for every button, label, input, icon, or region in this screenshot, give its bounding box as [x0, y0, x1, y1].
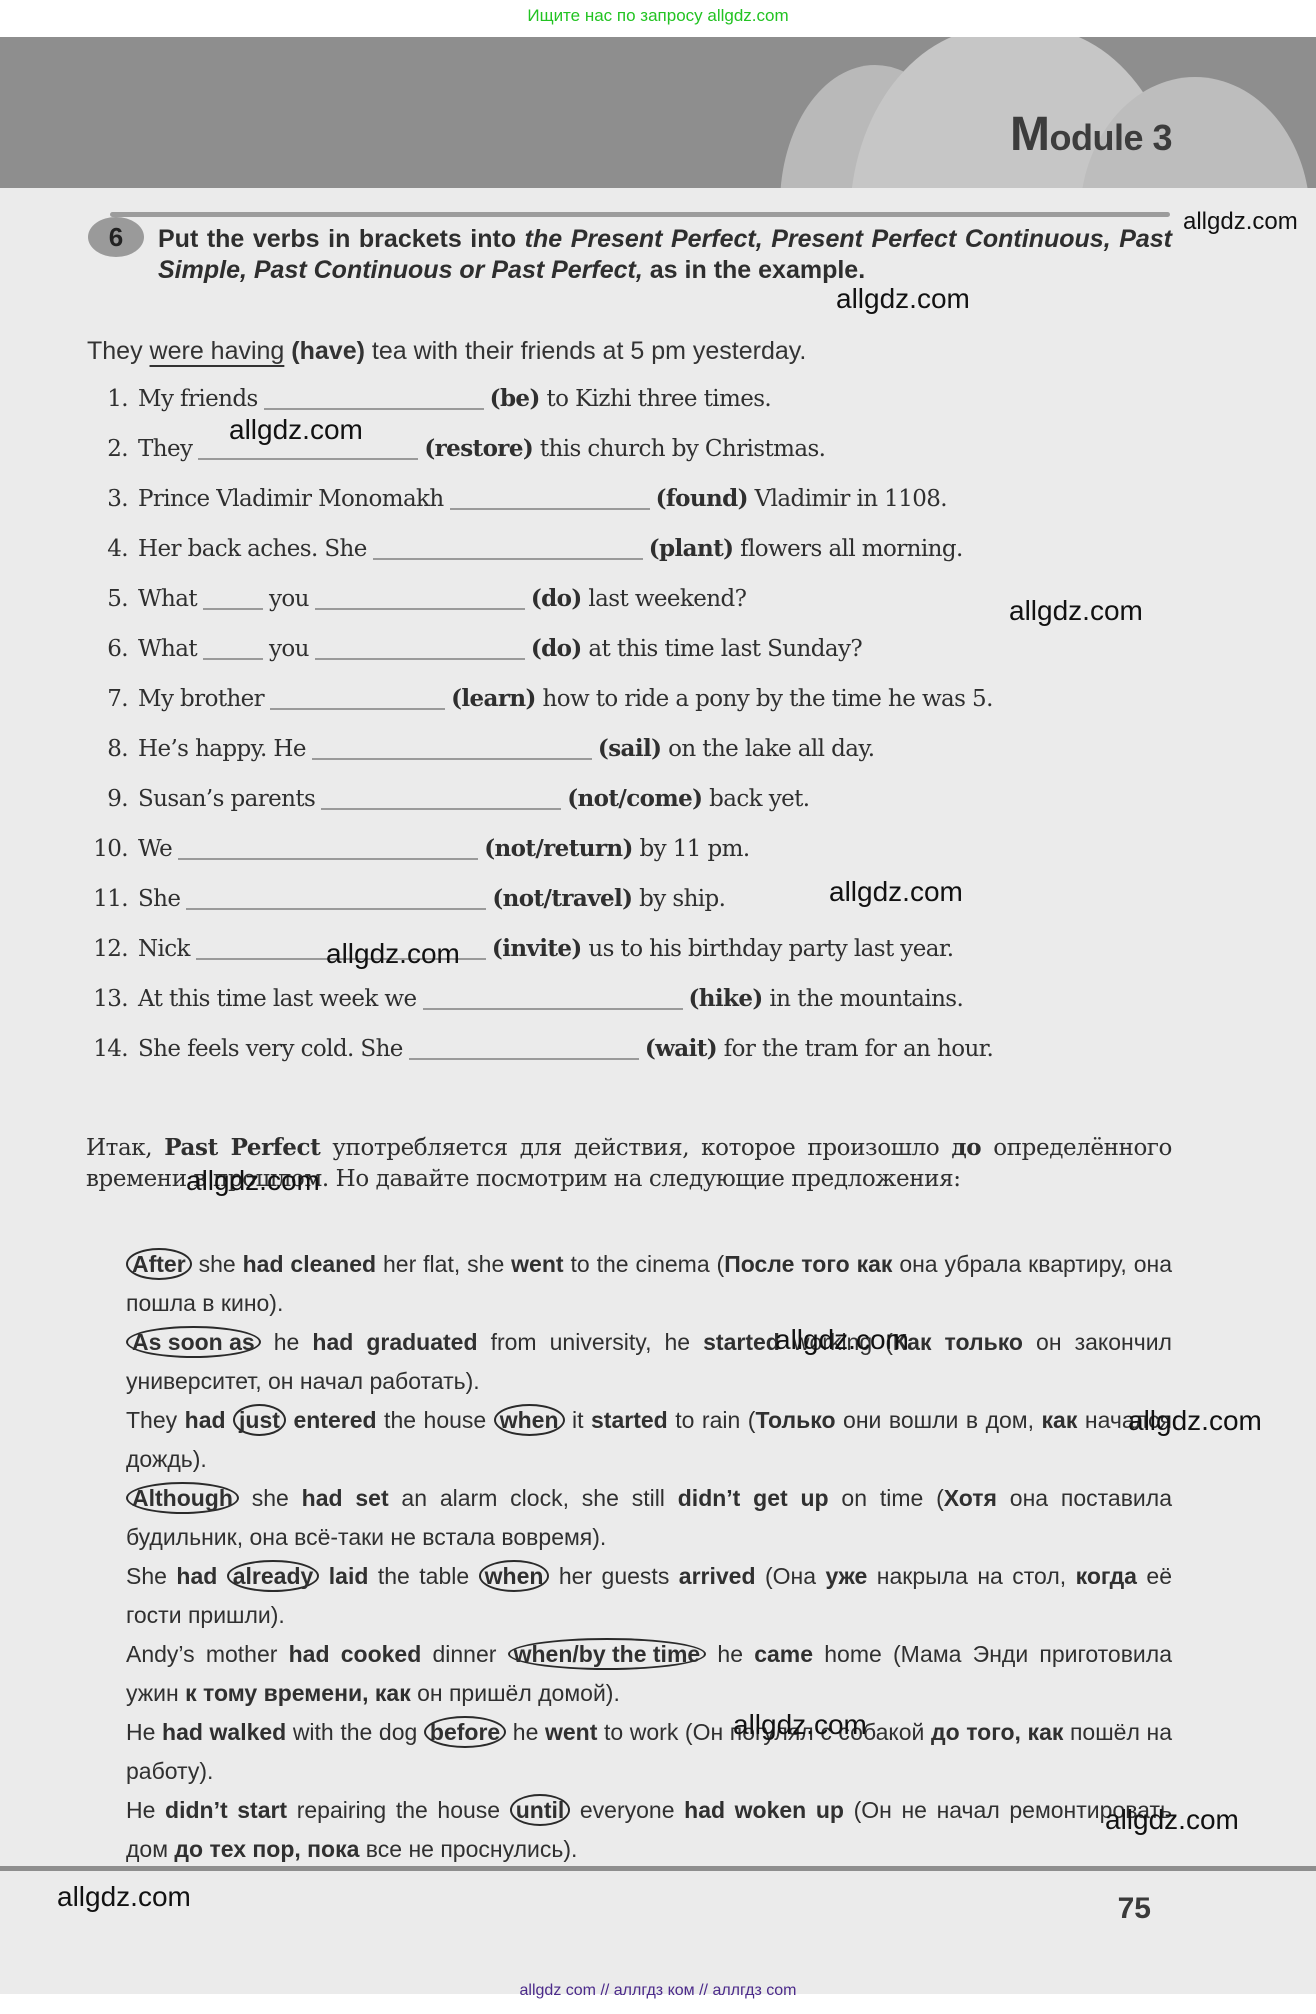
- module-title: Module 3: [1010, 107, 1172, 162]
- watermark: allgdz.com: [775, 1324, 909, 1356]
- watermark: allgdz.com: [836, 283, 970, 315]
- watermark: allgdz.com: [1128, 1405, 1262, 1437]
- watermark: allgdz.com: [1183, 208, 1298, 236]
- circled-conjunction: before: [424, 1716, 506, 1748]
- exercise-item-13: 13.At this time last week we(hike) in th…: [86, 985, 1186, 1035]
- watermark: allgdz.com: [326, 938, 460, 970]
- exercise-items: 1.My friends(be) to Kizhi three times. 2…: [86, 385, 1186, 1085]
- bottom-watermark: allgdz com // аллгдз ком // аллгдз com: [0, 1982, 1316, 2000]
- answer-blank[interactable]: [203, 608, 263, 610]
- exercise-item-3: 3.Prince Vladimir Monomakh(found) Vladim…: [86, 485, 1186, 535]
- answer-blank[interactable]: [315, 658, 525, 660]
- answer-blank[interactable]: [264, 408, 484, 410]
- grammar-example-2: As soon as he had graduated from univers…: [126, 1323, 1172, 1401]
- circled-conjunction: After: [126, 1248, 192, 1280]
- exercise-number-badge: 6: [88, 217, 144, 257]
- exercise-item-12: 12.Nick(invite) us to his birthday party…: [86, 935, 1186, 985]
- circled-adverb: just: [233, 1404, 286, 1436]
- circled-conjunction: when/by the time: [508, 1638, 707, 1670]
- grammar-example-4: Although she had set an alarm clock, she…: [126, 1479, 1172, 1557]
- exercise-item-7: 7.My brother(learn) how to ride a pony b…: [86, 685, 1186, 735]
- circled-conjunction: when: [479, 1560, 550, 1592]
- grammar-example-7: He had walked with the dog before he wen…: [126, 1713, 1172, 1791]
- textbook-page: Module 3 6 Put the verbs in brackets int…: [0, 37, 1316, 1994]
- answer-blank[interactable]: [270, 708, 445, 710]
- grammar-example-6: Andy’s mother had cooked dinner when/by …: [126, 1635, 1172, 1713]
- watermark: allgdz.com: [186, 1165, 320, 1197]
- watermark: allgdz.com: [1009, 595, 1143, 627]
- answer-blank[interactable]: [409, 1058, 639, 1060]
- circled-conjunction: As soon as: [126, 1326, 261, 1358]
- answer-blank[interactable]: [198, 458, 418, 460]
- example-answer: were having: [150, 337, 285, 365]
- grammar-examples: After she had cleaned her flat, she went…: [126, 1245, 1172, 1869]
- answer-blank[interactable]: [423, 1008, 683, 1010]
- answer-blank[interactable]: [178, 858, 478, 860]
- circled-conjunction: until: [510, 1794, 571, 1826]
- grammar-example-1: After she had cleaned her flat, she went…: [126, 1245, 1172, 1323]
- answer-blank[interactable]: [312, 758, 592, 760]
- circled-adverb: already: [227, 1560, 320, 1592]
- grammar-example-3: They had just entered the house when it …: [126, 1401, 1172, 1479]
- circled-conjunction: Although: [126, 1482, 239, 1514]
- exercise-item-9: 9.Susan’s parents(not/come) back yet.: [86, 785, 1186, 835]
- watermark: allgdz.com: [733, 1709, 867, 1741]
- answer-blank[interactable]: [373, 558, 643, 560]
- circled-conjunction: when: [494, 1404, 565, 1436]
- exercise-item-11: 11.She(not/travel) by ship.: [86, 885, 1186, 935]
- grammar-example-8: He didn’t start repairing the house unti…: [126, 1791, 1172, 1869]
- exercise-item-10: 10.We(not/return) by 11 pm.: [86, 835, 1186, 885]
- answer-blank[interactable]: [186, 908, 486, 910]
- watermark: allgdz.com: [829, 876, 963, 908]
- exercise-item-4: 4.Her back aches. She(plant) flowers all…: [86, 535, 1186, 585]
- example-sentence: They were having (have) tea with their f…: [87, 337, 806, 366]
- page-number: 75: [1118, 1892, 1151, 1926]
- watermark: allgdz.com: [229, 414, 363, 446]
- answer-blank[interactable]: [203, 658, 263, 660]
- exercise-item-6: 6.Whatyou(do) at this time last Sunday?: [86, 635, 1186, 685]
- exercise-item-14: 14.She feels very cold. She(wait) for th…: [86, 1035, 1186, 1085]
- section-divider: [110, 212, 1170, 217]
- answer-blank[interactable]: [321, 808, 561, 810]
- exercise-instruction: Put the verbs in brackets into the Prese…: [158, 224, 1172, 286]
- top-watermark: Ищите нас по запросу allgdz.com: [0, 6, 1316, 26]
- answer-blank[interactable]: [450, 508, 650, 510]
- exercise-item-8: 8.He’s happy. He(sail) on the lake all d…: [86, 735, 1186, 785]
- answer-blank[interactable]: [315, 608, 525, 610]
- watermark: allgdz.com: [57, 1881, 191, 1913]
- footer-divider: [0, 1866, 1316, 1871]
- module-header: Module 3: [0, 37, 1316, 188]
- grammar-example-5: She had already laid the table when her …: [126, 1557, 1172, 1635]
- watermark: allgdz.com: [1105, 1804, 1239, 1836]
